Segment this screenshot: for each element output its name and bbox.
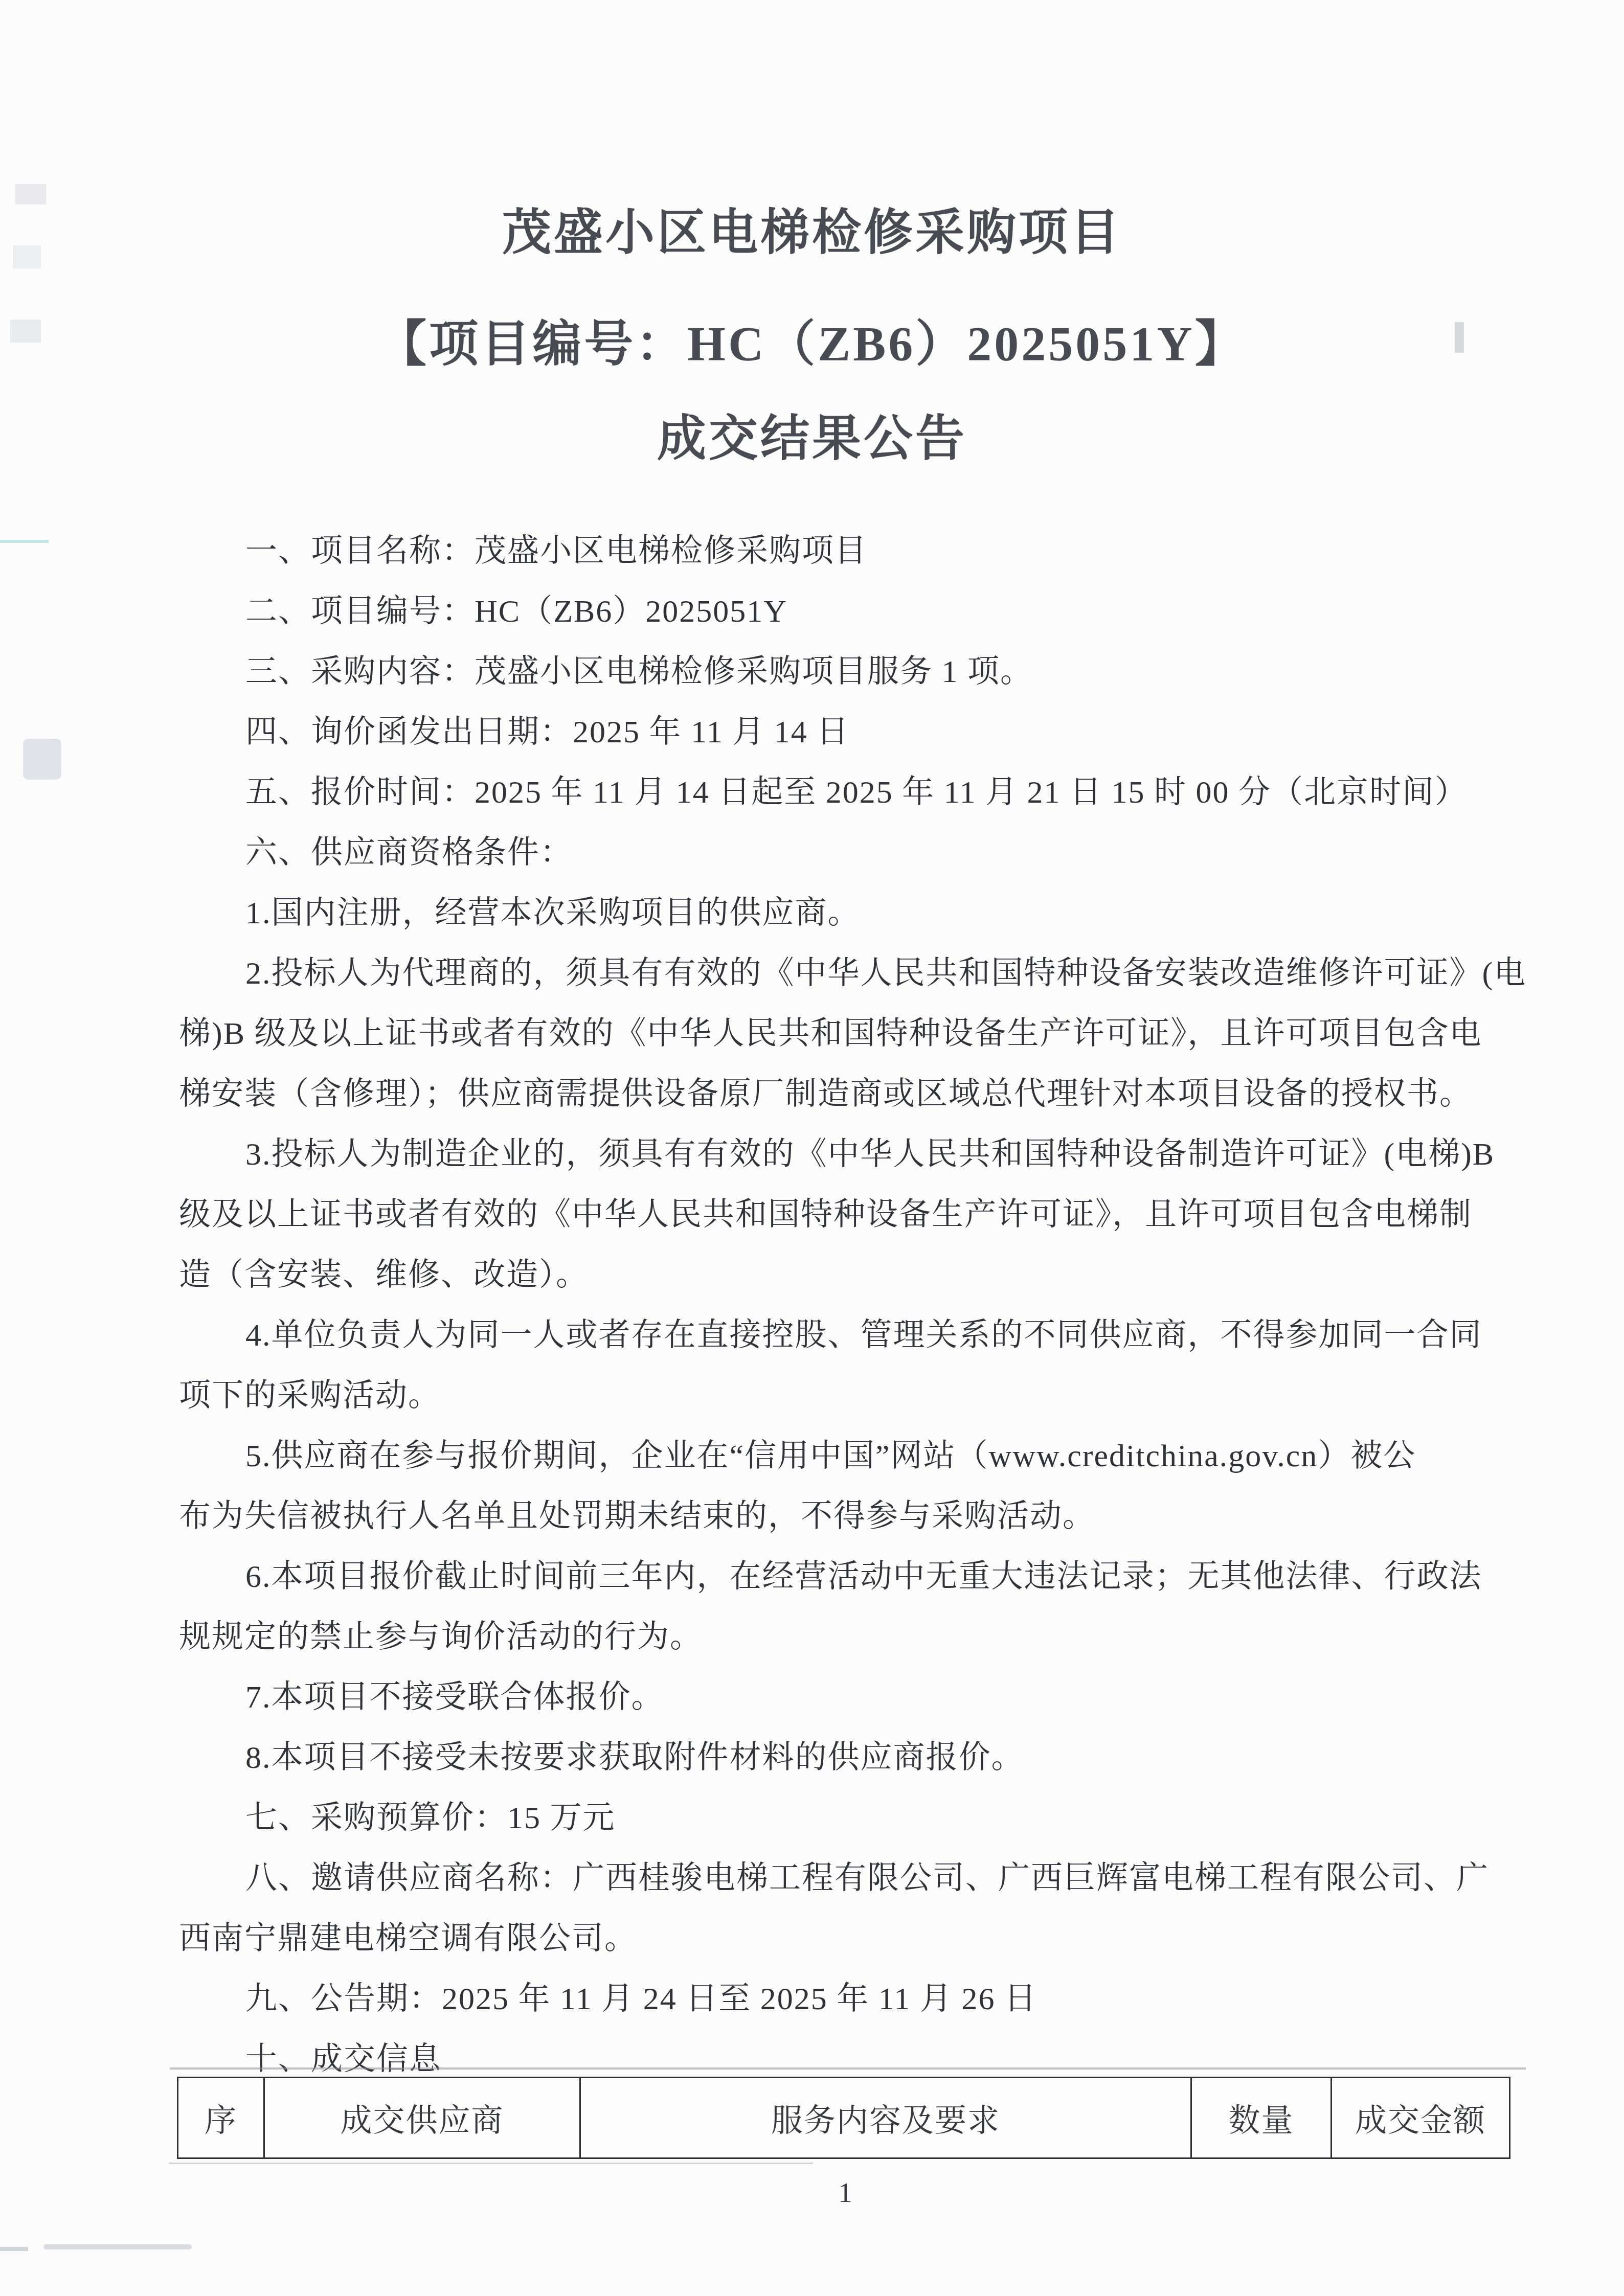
scan-artifact xyxy=(0,540,49,543)
table-header-quantity: 数量 xyxy=(1190,2078,1330,2157)
scan-artifact xyxy=(15,184,46,204)
title-doc-type: 成交结果公告 xyxy=(0,409,1624,468)
table-header-supplier: 成交供应商 xyxy=(263,2078,579,2157)
title-project-code: 【项目编号：HC（ZB6）2025051Y】 xyxy=(0,314,1624,374)
body-line: 级及以上证书或者有效的《中华人民共和国特种设备生产许可证》，且许可项目包含电梯制 xyxy=(179,1185,1519,1245)
body-line: 二、项目编号：HC（ZB6）2025051Y xyxy=(179,581,1519,642)
body-line: 3.投标人为制造企业的，须具有有效的《中华人民共和国特种设备制造许可证》(电梯)… xyxy=(179,1124,1519,1185)
page-number: 1 xyxy=(66,2177,1624,2209)
body-line: 三、采购内容：茂盛小区电梯检修采购项目服务 1 项。 xyxy=(179,642,1519,702)
body-line: 九、公告期：2025 年 11 月 24 日至 2025 年 11 月 26 日 xyxy=(179,1969,1519,2029)
scan-artifact xyxy=(23,739,61,780)
body-line: 西南宁鼎建电梯空调有限公司。 xyxy=(179,1908,1519,1969)
scan-artifact xyxy=(169,2163,813,2164)
body-line: 4.单位负责人为同一人或者存在直接控股、管理关系的不同供应商，不得参加同一合同 xyxy=(179,1305,1519,1366)
body-line: 七、采购预算价：15 万元 xyxy=(179,1788,1519,1848)
scan-artifact xyxy=(43,2244,192,2249)
body-line: 6.本项目报价截止时间前三年内，在经营活动中无重大违法记录；无其他法律、行政法 xyxy=(179,1547,1519,1607)
body-line: 7.本项目不接受联合体报价。 xyxy=(179,1667,1519,1727)
table-header-amount: 成交金额 xyxy=(1330,2078,1509,2157)
body-line: 2.投标人为代理商的，须具有有效的《中华人民共和国特种设备安装改造维修许可证》(… xyxy=(179,943,1519,1004)
body-line: 四、询价函发出日期：2025 年 11 月 14 日 xyxy=(179,702,1519,762)
body-line: 造（含安装、维修、改造）。 xyxy=(179,1245,1519,1305)
scan-artifact xyxy=(170,2067,1526,2070)
deal-info-table: 序 成交供应商 服务内容及要求 数量 成交金额 xyxy=(177,2077,1510,2159)
body-line: 布为失信被执行人名单且处罚期未结束的，不得参与采购活动。 xyxy=(179,1486,1519,1547)
title-project-name: 茂盛小区电梯检修采购项目 xyxy=(0,203,1624,262)
body-line: 1.国内注册，经营本次采购项目的供应商。 xyxy=(179,883,1519,943)
body-line: 八、邀请供应商名称：广西桂骏电梯工程有限公司、广西巨辉富电梯工程有限公司、广 xyxy=(179,1848,1519,1908)
body-line: 5.供应商在参与报价期间，企业在“信用中国”网站（www.creditchina… xyxy=(179,1426,1519,1486)
body-line: 8.本项目不接受未按要求获取附件材料的供应商报价。 xyxy=(179,1727,1519,1788)
body-line: 项下的采购活动。 xyxy=(179,1366,1519,1426)
body-line: 六、供应商资格条件： xyxy=(179,823,1519,883)
body-line: 梯)B 级及以上证书或者有效的《中华人民共和国特种设备生产许可证》，且许可项目包… xyxy=(179,1004,1519,1064)
body-line: 一、项目名称：茂盛小区电梯检修采购项目 xyxy=(179,521,1519,581)
body-line: 五、报价时间：2025 年 11 月 14 日起至 2025 年 11 月 21… xyxy=(179,762,1519,823)
table-header-seq: 序 xyxy=(178,2078,263,2157)
scan-artifact xyxy=(0,2247,28,2251)
document-page: 茂盛小区电梯检修采购项目 【项目编号：HC（ZB6）2025051Y】 成交结果… xyxy=(0,0,1624,2296)
table-header-service: 服务内容及要求 xyxy=(579,2078,1190,2157)
announcement-body: 一、项目名称：茂盛小区电梯检修采购项目 二、项目编号：HC（ZB6）202505… xyxy=(179,521,1519,2089)
body-line: 规规定的禁止参与询价活动的行为。 xyxy=(179,1607,1519,1667)
body-line: 梯安装（含修理）；供应商需提供设备原厂制造商或区域总代理针对本项目设备的授权书。 xyxy=(179,1064,1519,1124)
